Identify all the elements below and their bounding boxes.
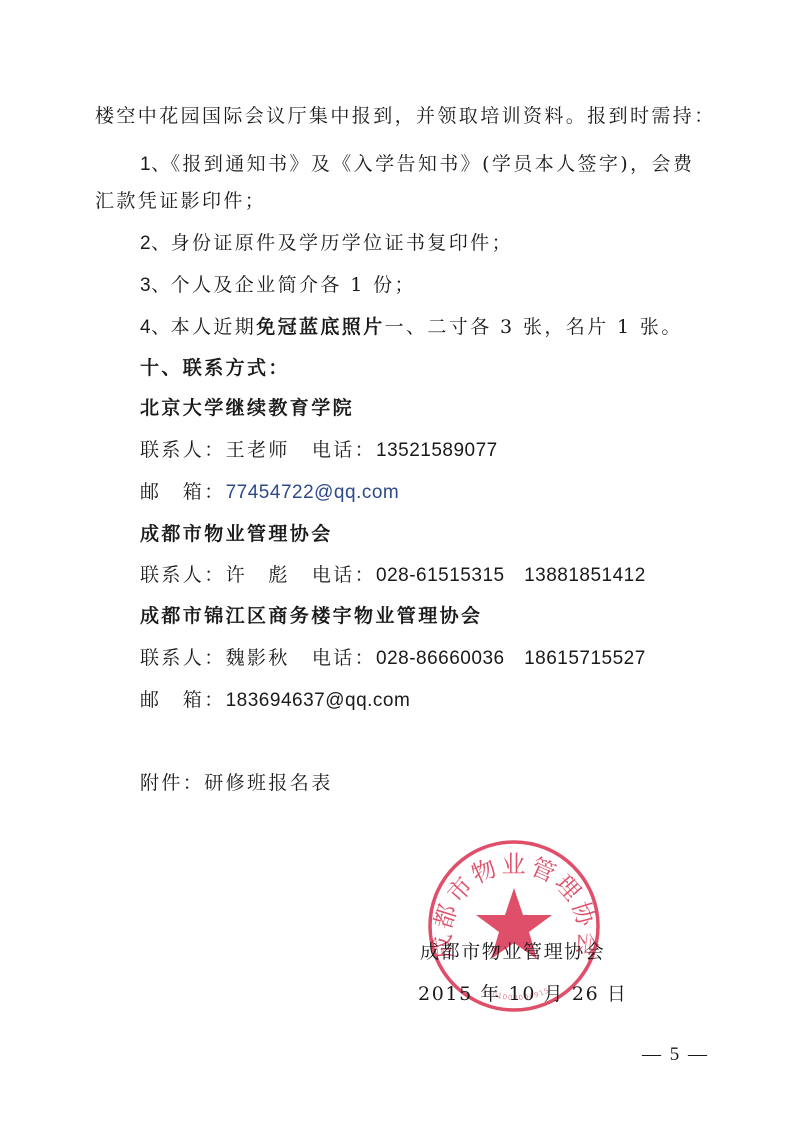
phone-numbers: 028-61515315 13881851412 bbox=[376, 565, 646, 586]
contact-label: 联系人： bbox=[140, 564, 226, 586]
requirement-2: 2、身份证原件及学历学位证书复印件； bbox=[140, 231, 513, 256]
contact-name: 许 彪 bbox=[226, 564, 290, 586]
requirement-2-text: 身份证原件及学历学位证书复印件； bbox=[171, 232, 513, 254]
org-jinjiang-pma-email-line: 邮 箱：183694637@qq.com bbox=[140, 688, 410, 713]
org-pku-email-line: 邮 箱：77454722@qq.com bbox=[140, 480, 399, 505]
signature-org: 成都市物业管理协会 bbox=[420, 940, 605, 964]
contact-heading: 十、联系方式： bbox=[140, 356, 290, 380]
requirement-3-num: 3、 bbox=[140, 275, 171, 296]
requirement-1-num: 1、 bbox=[140, 154, 171, 175]
contact-name: 王老师 bbox=[226, 439, 290, 461]
org-name-jinjiang-pma: 成都市锦江区商务楼宇物业管理协会 bbox=[140, 604, 482, 628]
phone-label: 电话： bbox=[312, 439, 376, 461]
phone-label: 电话： bbox=[312, 564, 376, 586]
requirement-4-text-bold: 免冠蓝底照片 bbox=[256, 316, 384, 338]
signature-date: 2015 年 10 月 26 日 bbox=[418, 982, 628, 1006]
phone-label: 电话： bbox=[312, 647, 376, 669]
requirement-1-continued: 汇款凭证影印件； bbox=[95, 189, 266, 213]
intro-line: 楼空中花园国际会议厅集中报到，并领取培训资料。报到时需持： bbox=[95, 104, 716, 128]
requirement-4-num: 4、 bbox=[140, 317, 171, 338]
org-pku-contact-line: 联系人：王老师电话：13521589077 bbox=[140, 438, 498, 463]
org-name-pku: 北京大学继续教育学院 bbox=[140, 396, 354, 420]
requirement-3: 3、个人及企业简介各 1 份； bbox=[140, 273, 416, 298]
contact-label: 联系人： bbox=[140, 647, 226, 669]
email-label: 邮 箱： bbox=[140, 689, 226, 711]
email-address: 183694637@qq.com bbox=[226, 690, 411, 711]
requirement-3-text: 个人及企业简介各 1 份； bbox=[171, 274, 416, 296]
org-chengdu-pma-contact-line: 联系人：许 彪电话：028-61515315 13881851412 bbox=[140, 563, 646, 588]
requirement-1: 1、《报到通知书》及《入学告知书》(学员本人签字)，会费 bbox=[140, 152, 694, 177]
attachment-note: 附件：研修班报名表 bbox=[140, 771, 333, 795]
requirement-4-text-post: 一、二寸各 3 张，名片 1 张。 bbox=[385, 316, 683, 338]
requirement-2-num: 2、 bbox=[140, 233, 171, 254]
requirement-4: 4、本人近期免冠蓝底照片一、二寸各 3 张，名片 1 张。 bbox=[140, 315, 683, 340]
contact-label: 联系人： bbox=[140, 439, 226, 461]
org-jinjiang-pma-contact-line: 联系人：魏影秋电话：028-86660036 18615715527 bbox=[140, 646, 646, 671]
email-label: 邮 箱： bbox=[140, 481, 226, 503]
requirement-4-text-pre: 本人近期 bbox=[171, 316, 257, 338]
org-name-chengdu-pma: 成都市物业管理协会 bbox=[140, 522, 333, 546]
page-number: — 5 — bbox=[642, 1043, 709, 1067]
phone-numbers: 028-86660036 18615715527 bbox=[376, 648, 646, 669]
requirement-1-text: 《报到通知书》及《入学告知书》(学员本人签字)，会费 bbox=[171, 153, 695, 175]
email-link[interactable]: 77454722@qq.com bbox=[226, 482, 400, 503]
phone-numbers: 13521589077 bbox=[376, 440, 498, 461]
contact-name: 魏影秋 bbox=[226, 647, 290, 669]
